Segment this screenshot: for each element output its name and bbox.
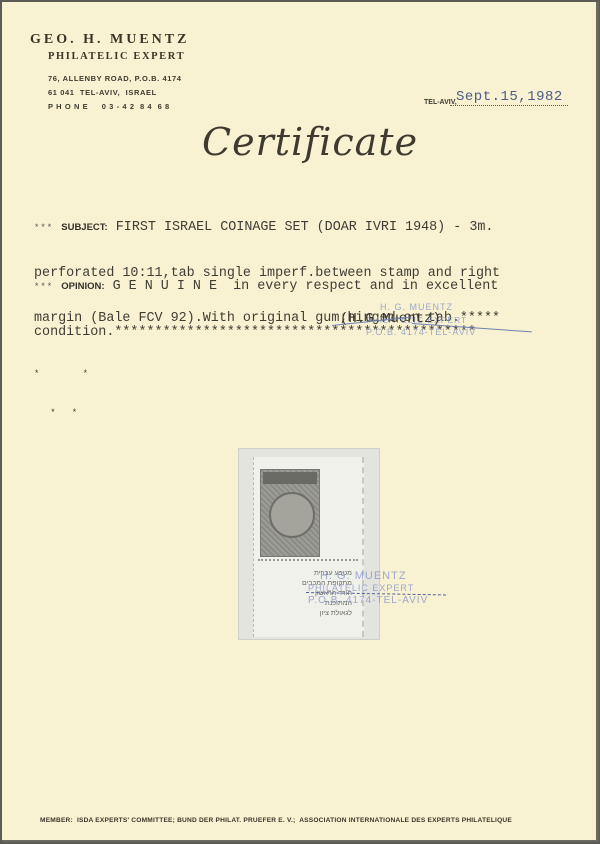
stamp-design	[260, 469, 320, 557]
opinion-prefix: ***	[34, 282, 53, 292]
opinion-block: *** OPINION: G E N U I N E in every resp…	[34, 249, 498, 448]
stamp-sheet: מטבע עברית מתקופת המכבים הורד הראשון המת…	[253, 457, 364, 637]
opinion-line3: * *	[34, 370, 498, 379]
opinion-line4: * *	[34, 409, 498, 418]
footer-membership: MEMBER: ISDA EXPERTS' COMMITTEE; BUND DE…	[40, 817, 512, 824]
handstamp-sig-line3: P.O.B. 4174-TEL-AVIV	[366, 327, 476, 337]
letterhead-phone: P H O N E 0 3 - 4 2 8 4 6 8	[48, 102, 170, 111]
letterhead-title: PHILATELIC EXPERT	[48, 51, 185, 62]
certificate-page: GEO. H. MUENTZ PHILATELIC EXPERT 76, ALL…	[2, 2, 599, 842]
handstamp-photo-line1: H. G. MUENTZ	[320, 570, 407, 582]
opinion-label: OPINION:	[61, 281, 104, 292]
certificate-title: Certificate	[202, 120, 418, 164]
subject-label: SUBJECT:	[61, 222, 107, 233]
letterhead-name: GEO. H. MUENTZ	[30, 32, 189, 48]
perforation-row	[258, 559, 358, 563]
coin-icon	[269, 492, 315, 538]
stamp-banner	[263, 472, 317, 484]
date-value: Sept.15,1982	[450, 89, 568, 106]
handstamp-photo-line3: P.O.B. 4174-TEL-AVIV	[308, 595, 428, 606]
opinion-line1: G E N U I N E in every respect and in ex…	[113, 279, 499, 294]
subject-line1: FIRST ISRAEL COINAGE SET (DOAR IVRI 1948…	[116, 220, 494, 235]
letterhead-address-line1: 76, ALLENBY ROAD, P.O.B. 4174	[48, 74, 182, 83]
letterhead-address-line2: 61 041 TEL-AVIV, ISRAEL	[48, 88, 157, 97]
stamp-image: מטבע עברית מתקופת המכבים הורד הראשון המת…	[238, 448, 380, 640]
subject-prefix: ***	[34, 223, 53, 233]
